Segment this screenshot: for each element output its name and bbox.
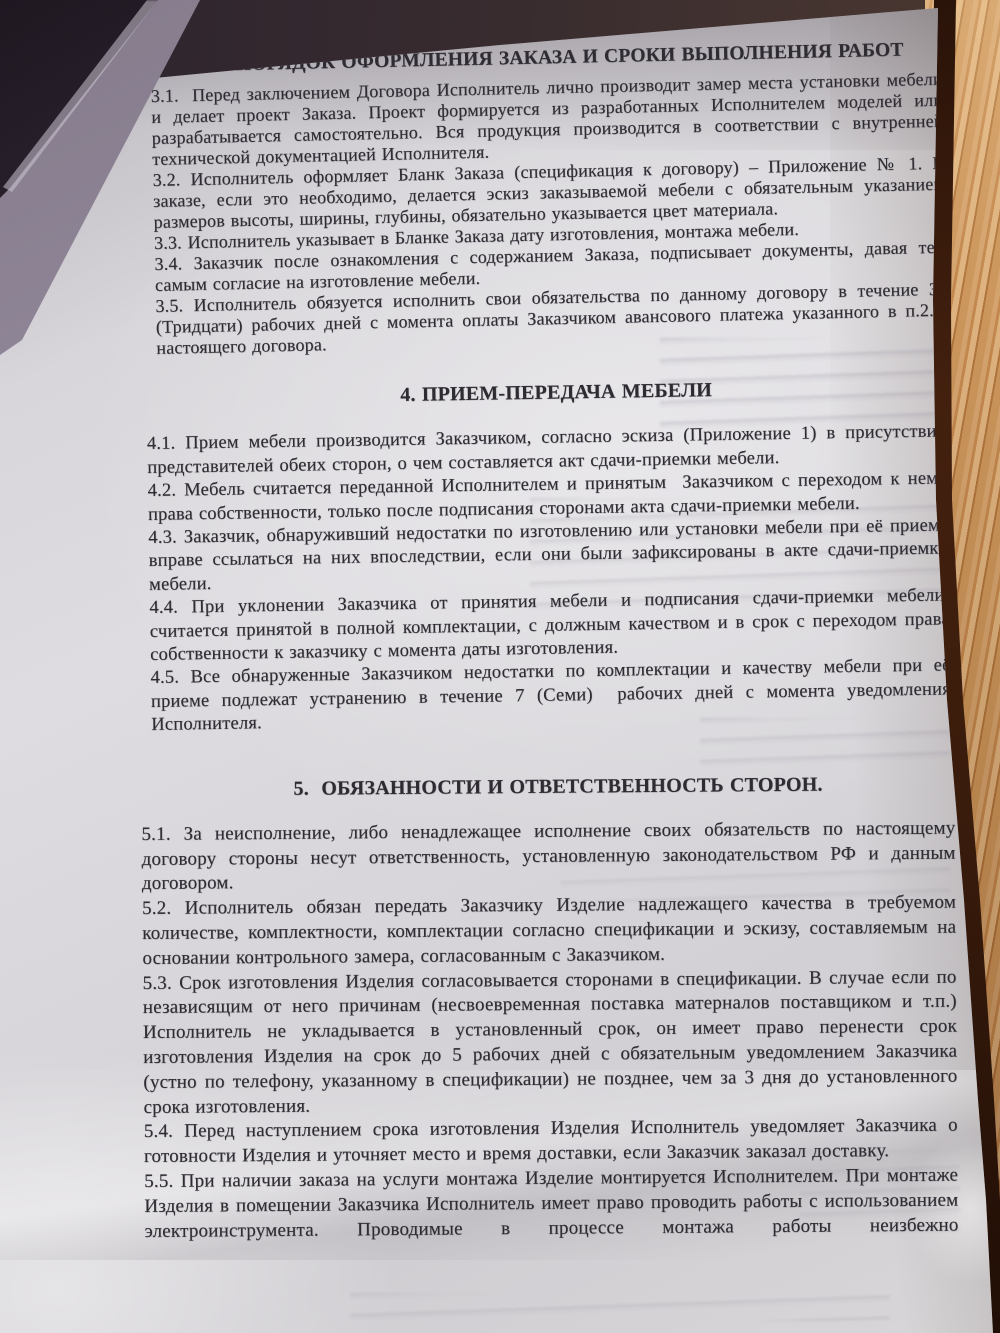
contract-paragraph: 5.1. За неисполнение, либо ненадлежащее … [141, 816, 956, 897]
contract-section: 3. ПОРЯДОК ОФОРМЛЕНИЯ ЗАКАЗА И СРОКИ ВЫП… [150, 39, 948, 359]
contract-paragraph: 4.5. Все обнаруженные Заказчиком недоста… [150, 655, 951, 738]
section-heading: 5. ОБЯЗАННОСТИ И ОТВЕТСТВЕННОСТЬ СТОРОН. [141, 772, 955, 803]
section-paragraphs: 4.1. Прием мебели производится Заказчико… [147, 421, 952, 738]
photo-scene: 3. ПОРЯДОК ОФОРМЛЕНИЯ ЗАКАЗА И СРОКИ ВЫП… [0, 0, 1000, 1333]
contract-paragraph: 5.4. Перед наступлением срока изготовлен… [144, 1114, 958, 1170]
contract-paragraph: 5.3. Срок изготовления Изделия согласовы… [143, 965, 958, 1120]
section-paragraphs: 3.1. Перед заключением Договора Исполнит… [151, 69, 949, 359]
contract-paragraph: 4.3. Заказчик, обнаруживший недостатки п… [148, 514, 949, 597]
contract-section: 5. ОБЯЗАННОСТИ И ОТВЕТСТВЕННОСТЬ СТОРОН.… [141, 772, 959, 1245]
contract-section: 4. ПРИЕМ-ПЕРЕДАЧА МЕБЕЛИ 4.1. Прием мебе… [146, 375, 951, 737]
contract-paragraph: 5.2. Исполнитель обязан передать Заказчи… [142, 891, 957, 972]
contract-paragraph: 4.4. При уклонении Заказчика от принятия… [149, 585, 950, 668]
paper-sheet: 3. ПОРЯДОК ОФОРМЛЕНИЯ ЗАКАЗА И СРОКИ ВЫП… [0, 0, 1000, 1333]
contract-paragraph: 5.5. При наличии заказа на услуги монтаж… [144, 1164, 959, 1245]
section-heading: 4. ПРИЕМ-ПЕРЕДАЧА МЕБЕЛИ [146, 375, 946, 411]
section-paragraphs: 5.1. За неисполнение, либо ненадлежащее … [141, 816, 958, 1244]
contract-text: 3. ПОРЯДОК ОФОРМЛЕНИЯ ЗАКАЗА И СРОКИ ВЫП… [0, 0, 1000, 1333]
